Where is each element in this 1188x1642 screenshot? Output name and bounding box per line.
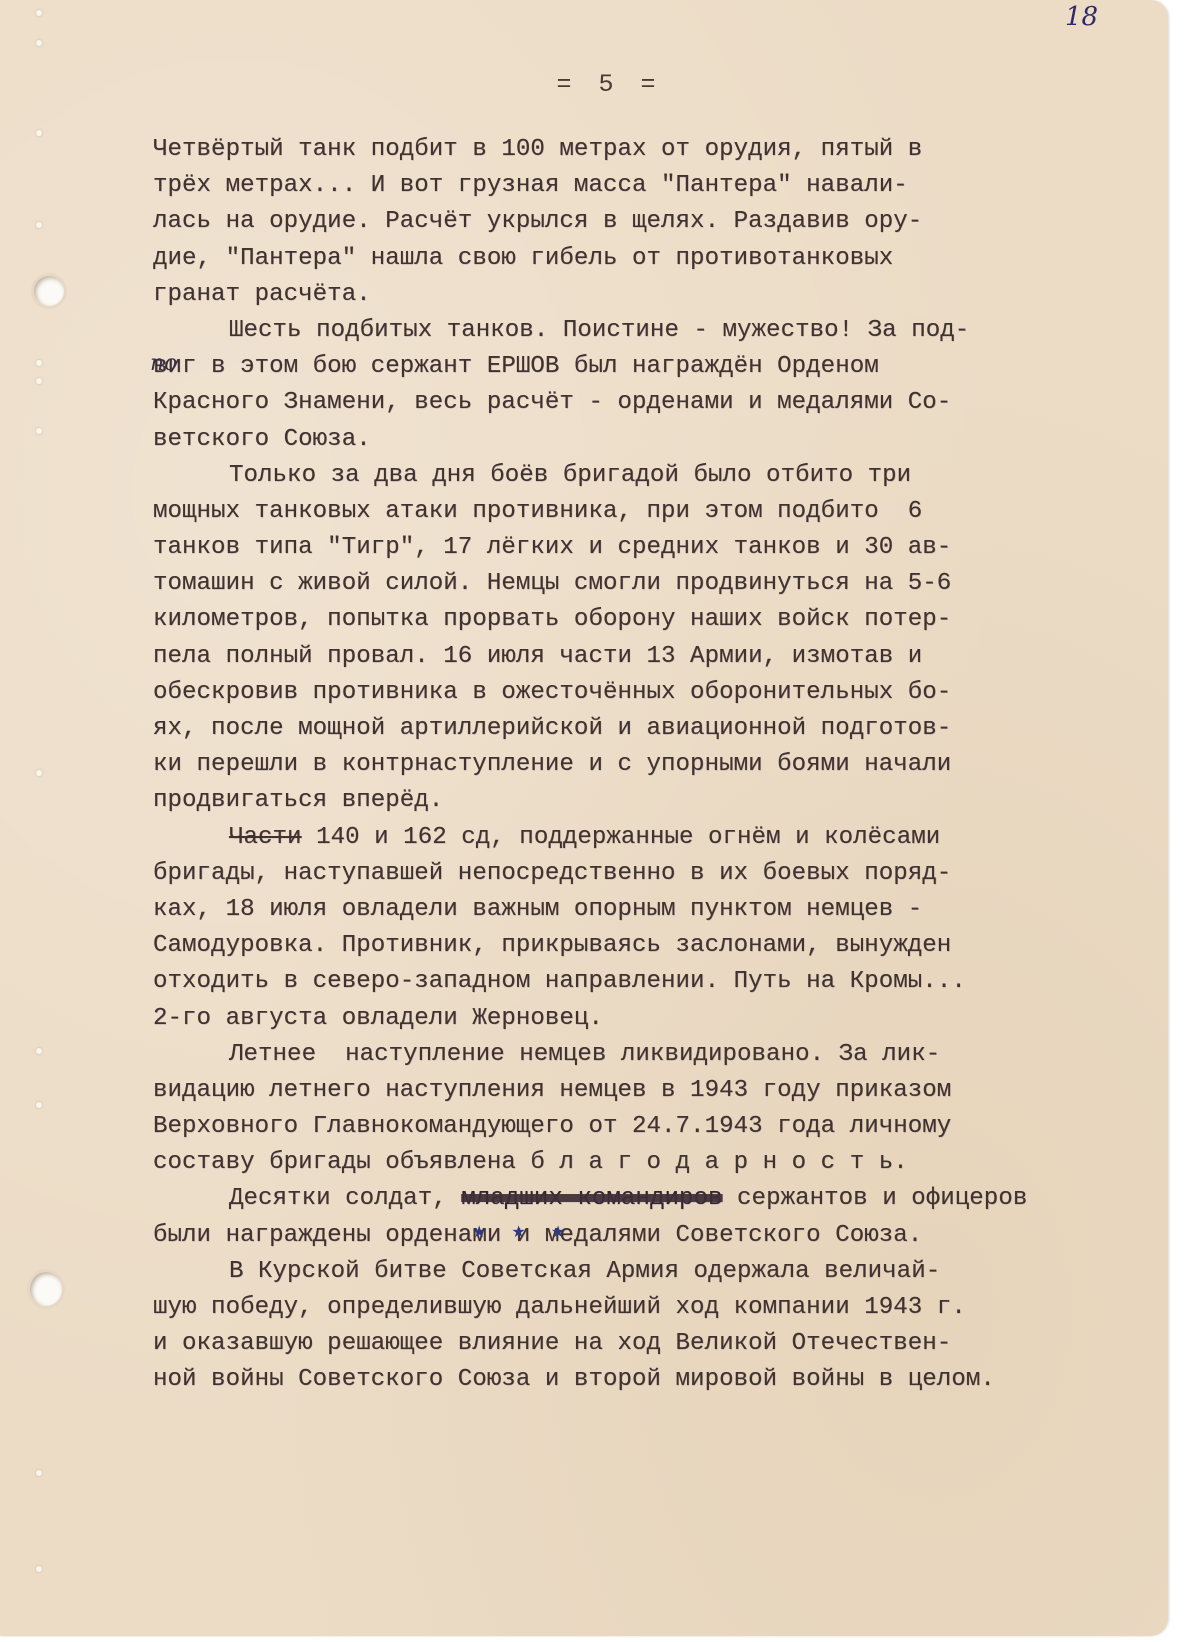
text-line: ной войны Советского Союза и второй миро… (153, 1362, 1093, 1398)
line-text: томашин с живой силой. Немцы смогли прод… (153, 570, 951, 597)
line-text: продвигаться вперёд. (153, 787, 443, 814)
text-line: трёх метрах... И вот грузная масса "Пант… (153, 168, 1093, 204)
text-line: пела полный провал. 16 июля части 13 Арм… (153, 639, 1093, 675)
line-text: шую победу, определившую дальнейший ход … (153, 1294, 966, 1321)
text-line: виг в этом бою сержант ЕРШОВ был награжд… (153, 349, 1093, 385)
line-text: лась на орудие. Расчёт укрылся в щелях. … (153, 208, 922, 235)
paper-speck (36, 1470, 42, 1476)
text-line: ки перешли в контрнаступление и с упорны… (153, 747, 1093, 783)
text-line: ветского Союза. (153, 422, 1093, 458)
line-text: дие, "Пантера" нашла свою гибель от прот… (153, 245, 893, 272)
paper-speck (36, 360, 42, 366)
line-text: обескровив противника в ожесточённых обо… (153, 679, 951, 706)
line-text: Верховного Главнокомандующего от 24.7.19… (153, 1113, 951, 1140)
handwritten-sheet-number: 18 (1065, 2, 1098, 32)
punch-hole (34, 276, 64, 306)
typed-text-body: Четвёртый танк подбит в 100 метрах от ор… (153, 132, 1093, 1399)
paper-speck (36, 222, 42, 228)
text-line: обескровив противника в ожесточённых обо… (153, 675, 1093, 711)
text-line: составу бригады объявлена б л а г о д а … (153, 1145, 1093, 1181)
line-text: ветского Союза. (153, 426, 371, 453)
pen-correction-mark: по (150, 351, 177, 376)
line-text: Самодуровка. Противник, прикрываясь засл… (153, 932, 951, 959)
line-text: мощных танковых атаки противника, при эт… (153, 498, 922, 525)
paper-speck (36, 40, 42, 46)
text-line: Только за два дня боёв бригадой было отб… (153, 458, 1093, 494)
text-line: Самодуровка. Противник, прикрываясь засл… (153, 928, 1093, 964)
stars-annotation: ★ ★ ★ (472, 1222, 575, 1241)
line-text: гранат расчёта. (153, 281, 371, 308)
line-text: танков типа "Тигр", 17 лёгких и средних … (153, 534, 951, 561)
text-line: Шесть подбитых танков. Поистине - мужест… (153, 313, 1093, 349)
paper-speck (36, 1048, 42, 1054)
text-line: мощных танковых атаки противника, при эт… (153, 494, 1093, 530)
paper-speck (36, 428, 42, 434)
text-line: Летнее наступление немцев ликвидировано.… (153, 1037, 1093, 1073)
paper-speck (36, 1102, 42, 1108)
text-line: продвигаться вперёд. (153, 783, 1093, 819)
line-text: 2-го августа овладели Жерновец. (153, 1005, 603, 1032)
text-line: ках, 18 июля овладели важным опорным пун… (153, 892, 1093, 928)
text-line: 2-го августа овладели Жерновец. (153, 1001, 1093, 1037)
text-line: видацию летнего наступления немцев в 194… (153, 1073, 1093, 1109)
text-line: лась на орудие. Расчёт укрылся в щелях. … (153, 204, 1093, 240)
paper-speck (36, 378, 42, 384)
text-line: В Курской битве Советская Армия одержала… (153, 1254, 1093, 1290)
line-text: В Курской битве Советская Армия одержала… (229, 1258, 940, 1285)
line-text: ной войны Советского Союза и второй миро… (153, 1366, 995, 1393)
line-text: видацию летнего наступления немцев в 194… (153, 1077, 951, 1104)
text-line: Красного Знамени, весь расчёт - орденами… (153, 385, 1093, 421)
text-line: километров, попытка прорвать оборону наш… (153, 602, 1093, 638)
line-text: ки перешли в контрнаступление и с упорны… (153, 751, 951, 778)
paper-speck (36, 1566, 42, 1572)
text-line: были награждены орденами и медалями Сове… (153, 1218, 1093, 1254)
line-text: Десятки солдат, (229, 1185, 461, 1212)
line-text: составу бригады объявлена б л а г о д а … (153, 1149, 908, 1176)
text-line: и оказавшую решающее влияние на ход Вели… (153, 1326, 1093, 1362)
text-line: Верховного Главнокомандующего от 24.7.19… (153, 1109, 1093, 1145)
line-text: сержантов и офицеров (723, 1185, 1028, 1212)
punch-hole (30, 1272, 62, 1306)
text-line: Части 140 и 162 сд, поддержанные огнём и… (153, 820, 1093, 856)
line-text: ях, после мощной артиллерийской и авиаци… (153, 715, 951, 742)
line-text: Шесть подбитых танков. Поистине - мужест… (229, 317, 969, 344)
text-line: Десятки солдат, младших командиров сержа… (153, 1181, 1093, 1217)
text-line: гранат расчёта. (153, 277, 1093, 313)
line-text: отходить в северо-западном направлении. … (153, 968, 966, 995)
text-line: дие, "Пантера" нашла свою гибель от прот… (153, 241, 1093, 277)
struck-text: младших командиров (461, 1185, 722, 1212)
text-line: ях, после мощной артиллерийской и авиаци… (153, 711, 1093, 747)
line-text: Только за два дня боёв бригадой было отб… (229, 462, 911, 489)
line-text: бригады, наступавшей непосредственно в и… (153, 860, 951, 887)
line-text: пела полный провал. 16 июля части 13 Арм… (153, 643, 922, 670)
line-text: Четвёртый танк подбит в 100 метрах от ор… (153, 136, 922, 163)
struck-text: Части (229, 824, 302, 851)
text-line: танков типа "Тигр", 17 лёгких и средних … (153, 530, 1093, 566)
line-text: трёх метрах... И вот грузная масса "Пант… (153, 172, 908, 199)
text-line: Четвёртый танк подбит в 100 метрах от ор… (153, 132, 1093, 168)
line-text: километров, попытка прорвать оборону наш… (153, 606, 951, 633)
text-line: томашин с живой силой. Немцы смогли прод… (153, 566, 1093, 602)
line-text: виг в этом бою сержант ЕРШОВ был награжд… (153, 353, 879, 380)
text-line: бригады, наступавшей непосредственно в и… (153, 856, 1093, 892)
paper-speck (36, 130, 42, 136)
paper-speck (36, 10, 42, 16)
line-text: Летнее наступление немцев ликвидировано.… (229, 1041, 940, 1068)
line-text: 140 и 162 сд, поддержанные огнём и колёс… (302, 824, 941, 851)
paper-speck (36, 770, 42, 776)
typed-page-marker: = 5 = (0, 70, 1188, 99)
line-text: ках, 18 июля овладели важным опорным пун… (153, 896, 922, 923)
text-line: отходить в северо-западном направлении. … (153, 964, 1093, 1000)
text-line: шую победу, определившую дальнейший ход … (153, 1290, 1093, 1326)
line-text: Красного Знамени, весь расчёт - орденами… (153, 389, 951, 416)
line-text: и оказавшую решающее влияние на ход Вели… (153, 1330, 951, 1357)
